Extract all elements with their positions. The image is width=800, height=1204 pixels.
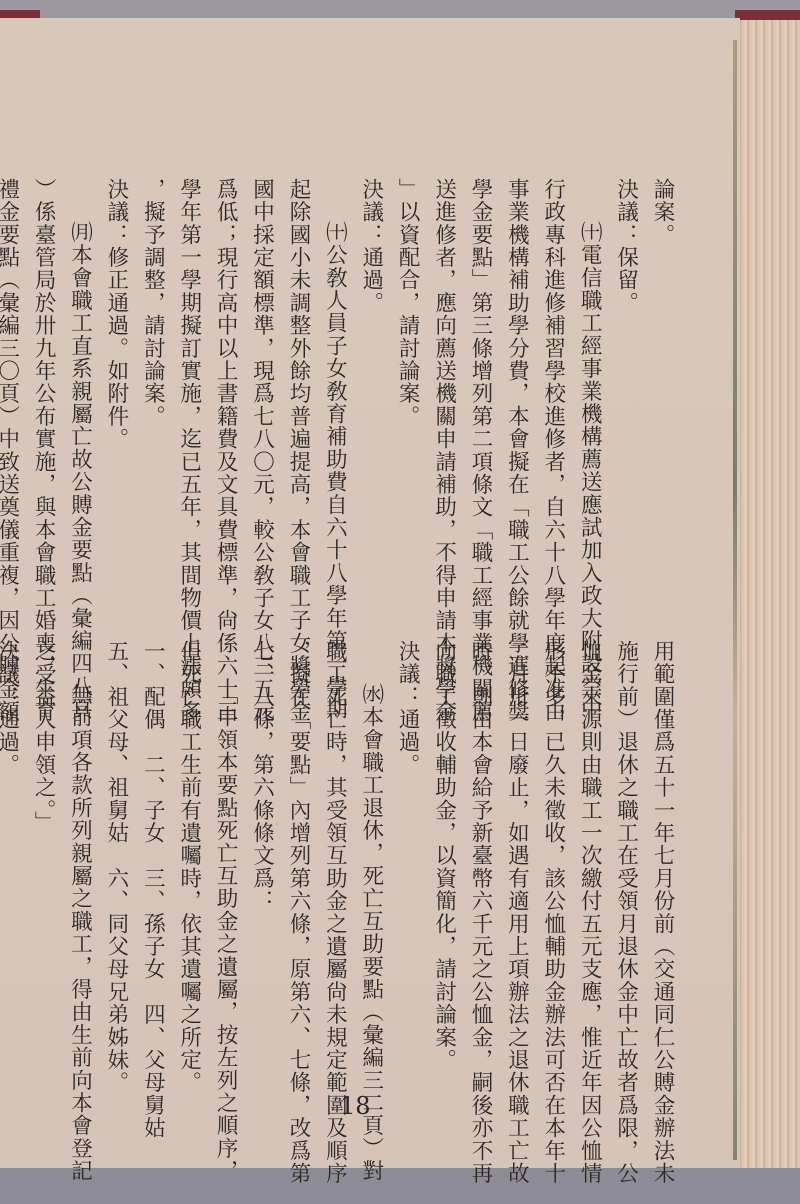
text-column: 學金要點」第三條增列第二項條文「職工經事業機關薦 (462, 178, 498, 598)
text-column: 爲低；現行高中以上書籍費及文具費標準，尙係六十三 (207, 178, 243, 598)
agenda-item-10: ㈩電信職工經事業機構薦送應試加入政大附設空中 (571, 178, 607, 598)
text-column: 向職工徵收輔助金，以資簡化，請討論案。 (425, 640, 461, 1080)
top-text-section: 論案。 決議：保留。 ㈩電信職工經事業機構薦送應試加入政大附設空中 行政專科進修… (44, 178, 680, 598)
text-column: 五、祖父母、祖舅姑 六、同父母兄弟姊妹。 (98, 640, 134, 1080)
text-column: 時，則由本會給予新臺幣六千元之公恤金，嗣後亦不再 (462, 640, 498, 1080)
agenda-item-11: ㈩公敎人員子女敎育補助費自六十八學年第一學期 (316, 178, 352, 598)
text-column: 送進修者，應向薦送機關申請補助，不得申請本獎學金 (425, 178, 461, 598)
text-column: 七、八條，第六條條文爲： (243, 640, 279, 1080)
text-column: 職工死亡時，其受領互助金之遺屬尙未規定範圍及順序 (316, 640, 352, 1080)
text-column: 行政專科進修補習學校進修者，自六十八學年度起准由 (534, 178, 570, 598)
resolution-line: 決議：通過。 (0, 640, 25, 1080)
text-column: 一、配偶 二、子女 三、孫子女 四、父母舅姑 (134, 640, 170, 1080)
text-column: 」以資配合，請討論案。 (389, 178, 425, 598)
text-column: 施行前）退休之職工在受領月退休金中亡故者爲限，公 (607, 640, 643, 1080)
book-page-edges (735, 20, 800, 1170)
background-surface-bottom (0, 1168, 800, 1204)
page-gutter (733, 40, 737, 1160)
resolution-line: 決議：修正通過。如附件。 (98, 178, 134, 598)
text-column: 學年第一學期擬訂實施，迄已五年，其間物價上漲頗多 (170, 178, 206, 598)
text-column: 二月卅一日廢止，如遇有適用上項辦法之退休職工亡故 (498, 640, 534, 1080)
text-column: 恤金來源則由職工一次繳付五元支應，惟近年因公恤情 (571, 640, 607, 1080)
text-column: 無前項各款所列親屬之職工，得由生前向本會登記 (61, 640, 97, 1080)
text-column: 論案。 (644, 178, 680, 598)
agenda-item-12: ㈪本會職工直系親屬亡故公賻金要點（彙編四八頁 (61, 178, 97, 598)
text-column: 用範圍僅爲五十一年七月份前（交通同仁公賻金辦法未 (644, 640, 680, 1080)
text-column: 禮金要點（彙編三〇頁）中致送奠儀重複，因公賻金額 (0, 178, 25, 598)
resolution-line: 決議：保留。 (607, 178, 643, 598)
text-column: ，擬在「要點」內增列第六條，原第六、七條，改爲第 (280, 640, 316, 1080)
bottom-text-section: 用範圍僅爲五十一年七月份前（交通同仁公賻金辦法未 施行前）退休之職工在受領月退休… (44, 640, 680, 1080)
text-column: 但死亡職工生前有遺囑時，依其遺囑之所定。 (170, 640, 206, 1080)
agenda-item-14: ㈬本會職工退休，死亡互助要點（彙編三二頁）對 (352, 640, 388, 1080)
text-column: ，擬予調整，請討論案。 (134, 178, 170, 598)
resolution-line: 決議：通過。 (389, 640, 425, 1080)
text-column: 之受益人申領之。」 (25, 640, 61, 1080)
resolution-line: 決議：通過。 (352, 178, 388, 598)
text-column: 形不多，已久未徵收，該公恤輔助金辦法可否在本年十 (534, 640, 570, 1080)
quoted-clause: 「申領本要點死亡互助金之遺屬，按左列之順序， (207, 640, 243, 1080)
text-column: ）係臺管局於卅九年公布實施，與本會職工婚喪，生育 (25, 178, 61, 598)
text-column: 起除國小未調整外餘均普遍提高，本會職工子女獎學金 (280, 178, 316, 598)
page-number: 18 (340, 1092, 371, 1120)
text-column: 國中採定額標準，現爲七八〇元，較公敎子女八三五元 (243, 178, 279, 598)
text-column: 事業機構補助學分費，本會擬在「職工公餘就學進修獎 (498, 178, 534, 598)
